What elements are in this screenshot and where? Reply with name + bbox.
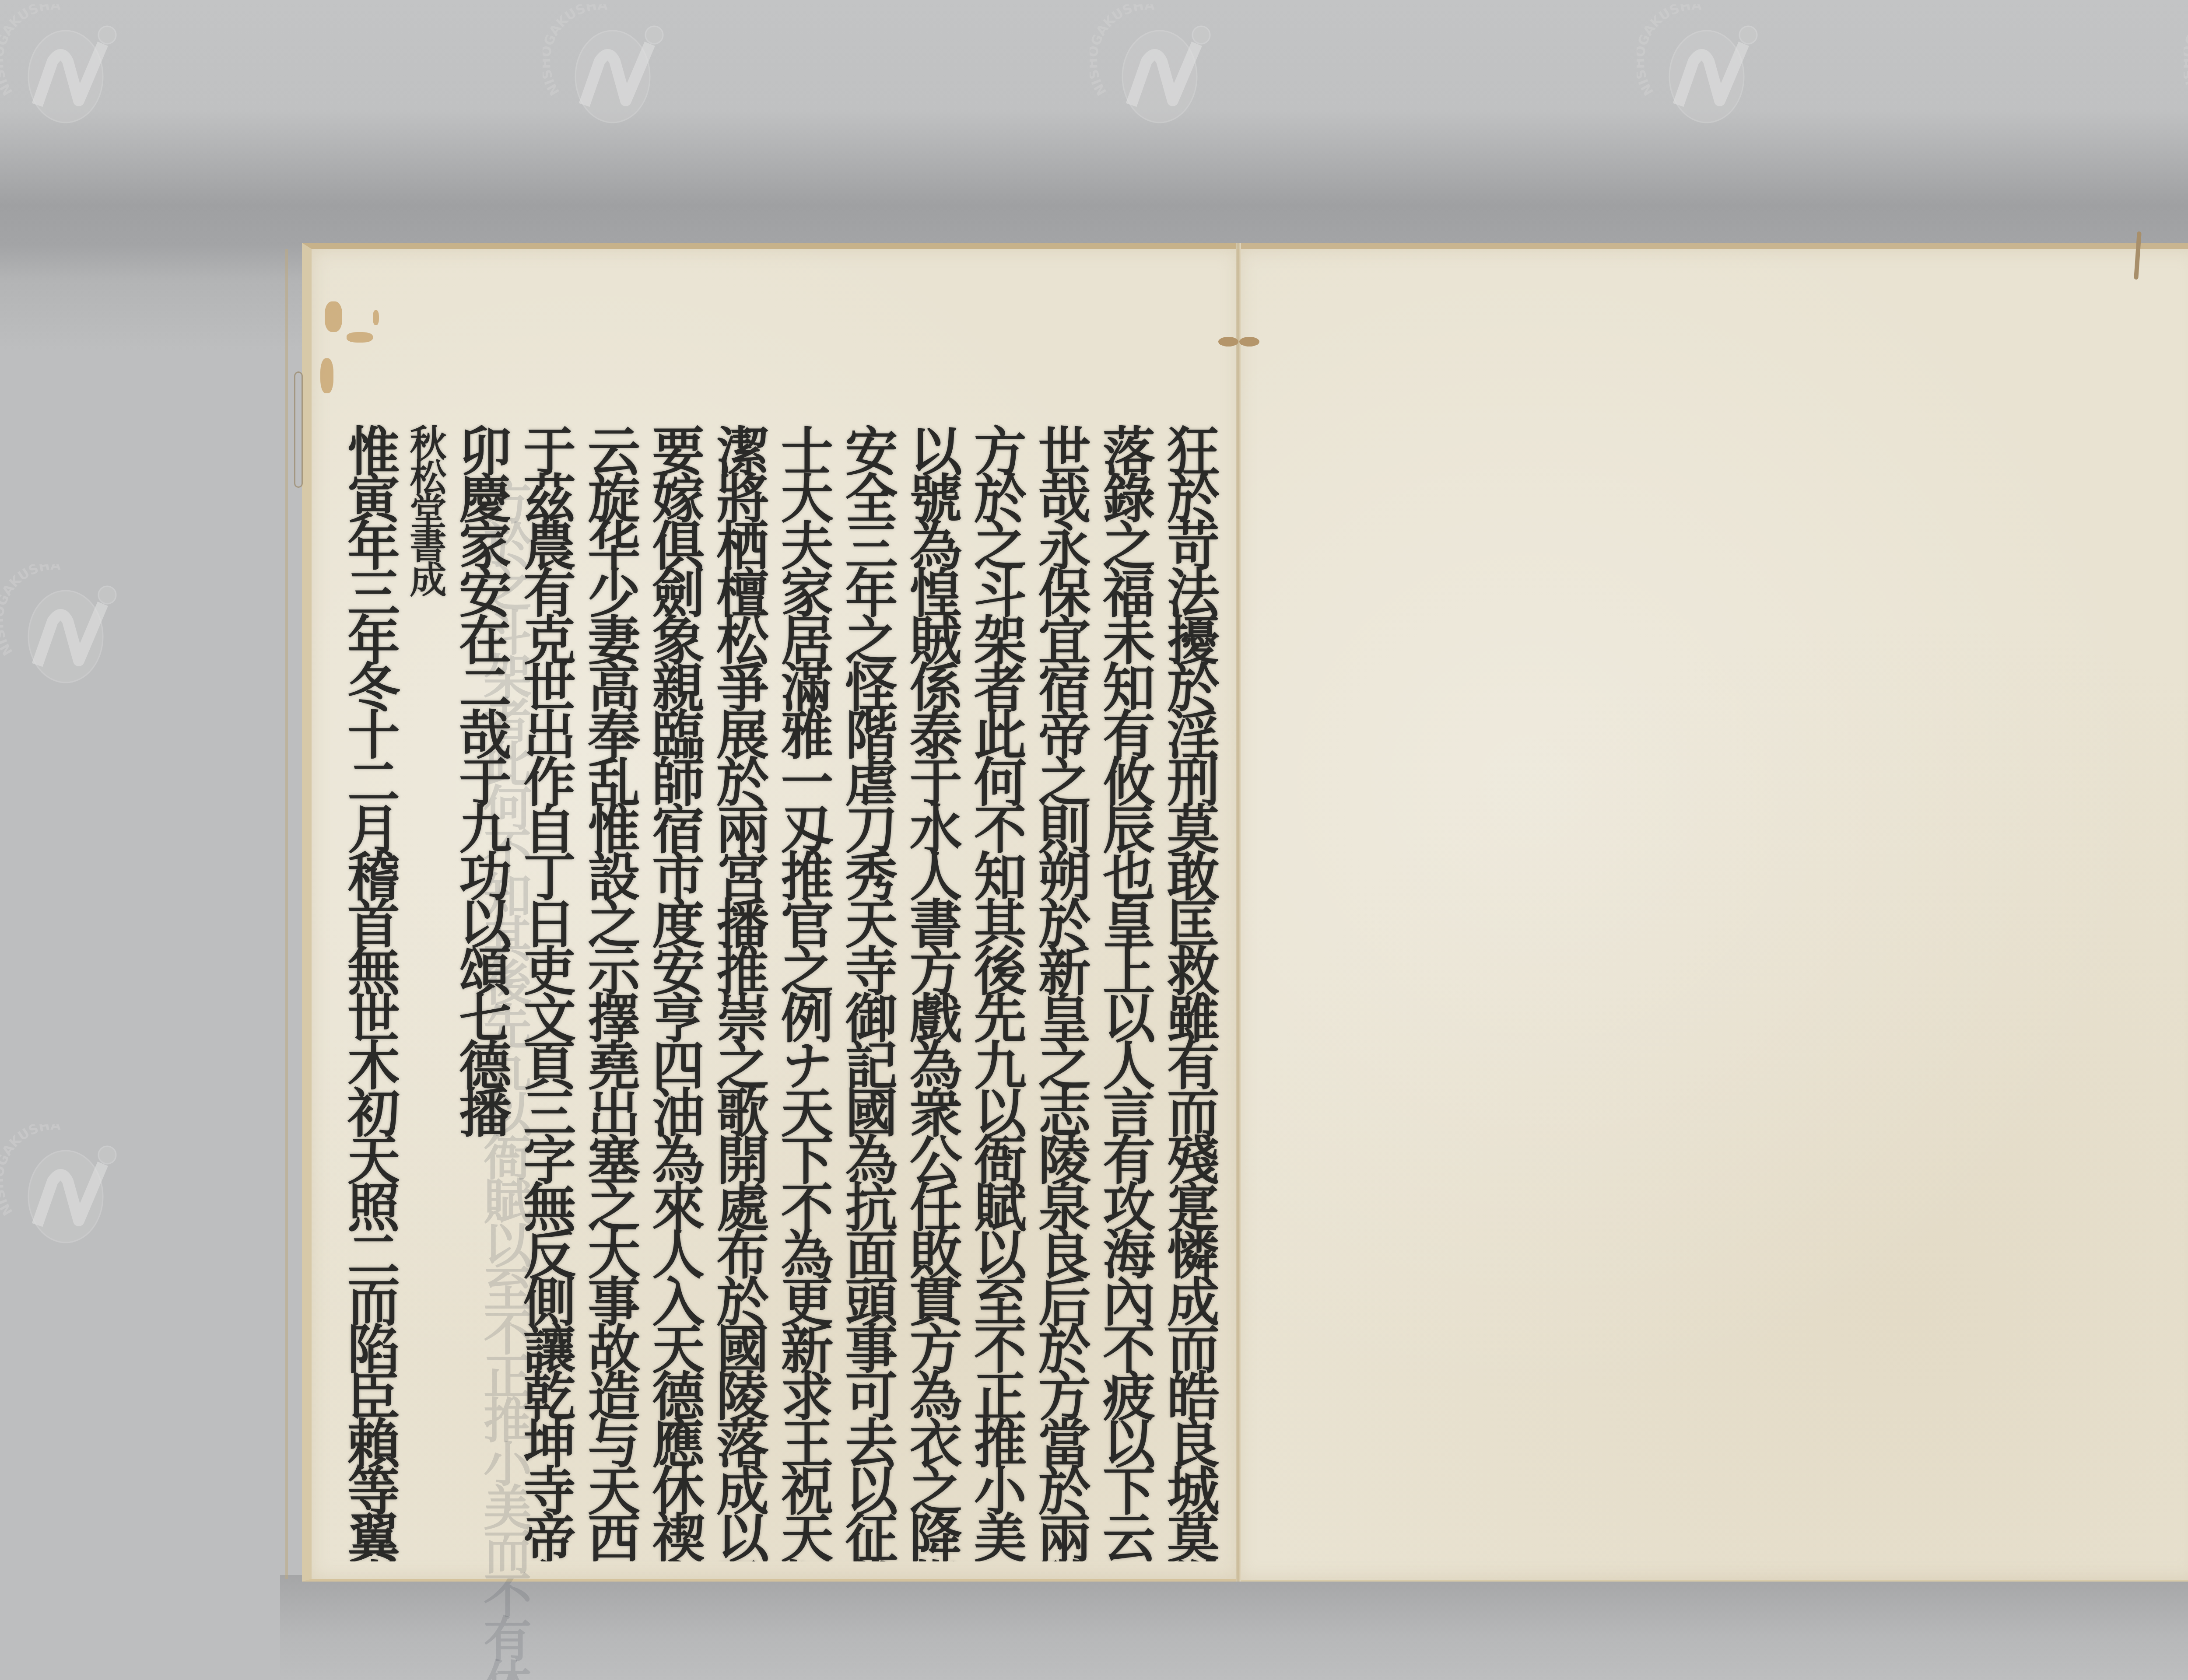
spine-mark-right	[1239, 337, 1259, 346]
text-column: 方於之斗架者此何不知其後先九以衙賦以至不正推小美而不有休禮和	[964, 424, 1029, 1561]
text-column: 潔將栖檀松爭展於兩宮播推崇之歌開處布於國陵落成以及昭告	[707, 424, 771, 1561]
text-column: 落錄之福未知有攸辰也皇上以人言有攻海內不疲以下云乙亥正攻治方	[1093, 424, 1157, 1561]
text-column: 卯慶家安在二哉于九功以頌七德播	[449, 424, 514, 1561]
text-column: 世哉永保宜宿帝之則朔於新皇之志陵泉良后於方當於兩階殷宗代見	[1029, 424, 1093, 1561]
left-page: 方於之斗架者此何不知其後先九以衙賦以至不正推小美而不有休禮和 狂於苛法擾於淫刑莫…	[302, 243, 1238, 1582]
left-edge-fold	[285, 249, 288, 1579]
text-column: 狂於苛法擾於淫刑莫敢匡救雖有而殘寔憐成而皓良城莫從以過滅	[1157, 424, 1222, 1561]
open-book: 方於之斗架者此何不知其後先九以衙賦以至不正推小美而不有休禮和 狂於苛法擾於淫刑莫…	[302, 243, 2188, 1582]
left-page-text: 狂於苛法擾於淫刑莫敢匡救雖有而殘寔憐成而皓良城莫從以過滅落錄之福未知有攸辰也皇上…	[338, 424, 1222, 1561]
text-column: 云旋华少妻高奉乱惟設之示擇堯出塞之大事故造与天西丁卯望能	[578, 424, 642, 1561]
text-column: 安全三年之怪階虐刀秀天寺御記國為抗面頭事可去以征伐因廣宋傳鄉臟	[835, 424, 900, 1561]
text-column: 惟寅年三年冬十二月稽首無世木初天照二而陷臣賴等翼青書以再拜與去稽首	[338, 424, 402, 1561]
wormhole	[320, 358, 333, 393]
spine-fold	[1236, 243, 1241, 1582]
spine-mark-left	[1218, 337, 1238, 346]
wormhole	[325, 301, 342, 332]
binding-string	[294, 371, 303, 488]
wormhole	[373, 310, 379, 325]
text-column: 以號為惶賊係泰于水人書方戲為衆公任敗貫方為衣之降指發壓人元節	[900, 424, 964, 1561]
wormhole	[347, 332, 373, 343]
text-column: 秋松堂書成	[402, 424, 449, 1561]
right-page: 台鼎之羅守天刑兼封盛衰天兵屯百七廣世七記字華雅屢路致法謝傳而來般連寂名字而不朝於…	[1238, 243, 2188, 1582]
text-column: 于茲農有克世出作自丁日吏文頁三字無反側讓乾坤寺帝之内卽唐	[514, 424, 578, 1561]
text-column: 要嫁俱劍象親臨師宿市度安亨四油為來人入天德應休禊有路	[642, 424, 707, 1561]
text-column: 士大夫家居滿雅一刄推官之例ナ天下不為更新求王祝天押性泰稲里社山川	[771, 424, 835, 1561]
book-shadow-bottom	[280, 1575, 2188, 1680]
